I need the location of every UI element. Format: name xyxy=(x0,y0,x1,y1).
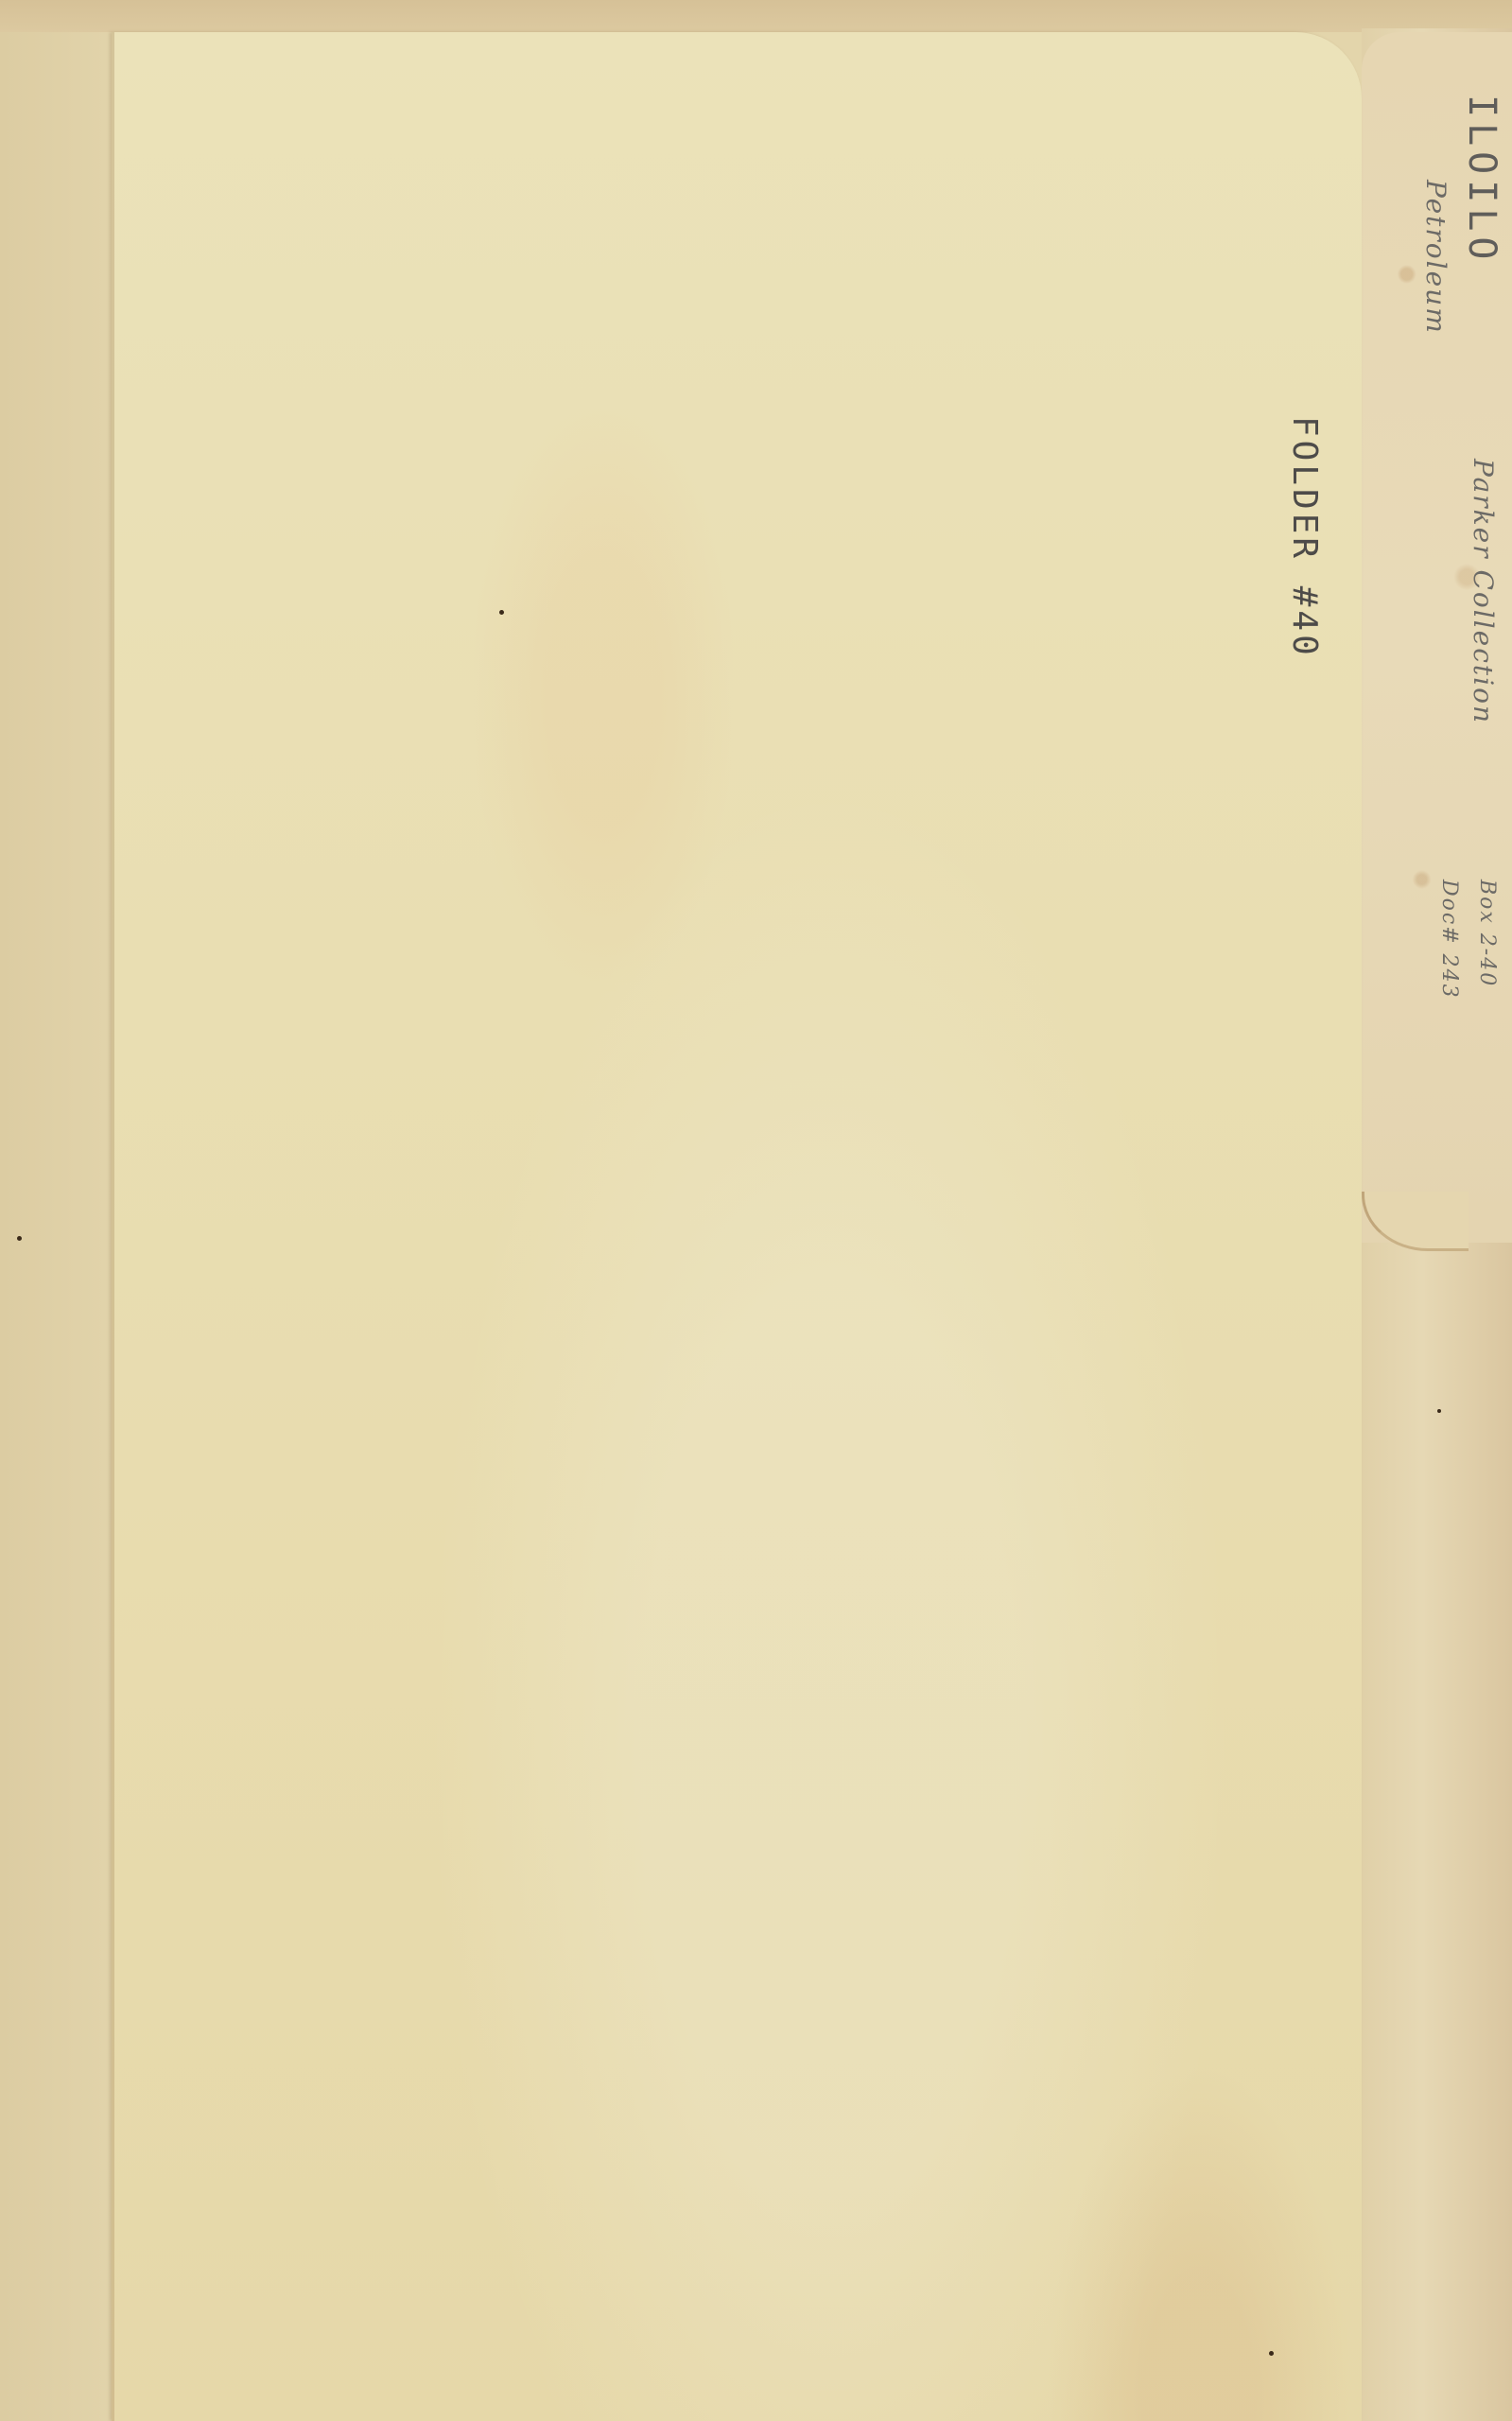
tab-doc-number: Doc# 243 xyxy=(1437,880,1461,1000)
speck xyxy=(17,1236,22,1241)
speck xyxy=(1437,1409,1441,1413)
tab-collection: Parker Collection xyxy=(1468,459,1499,724)
speck xyxy=(499,610,504,615)
folder-number-label: FOLDER #40 xyxy=(1285,416,1324,659)
tab-subtitle: Petroleum xyxy=(1420,180,1451,335)
speck xyxy=(1269,2351,1274,2356)
folder-left-edge xyxy=(112,32,114,2421)
folder-front-cover xyxy=(112,32,1362,2421)
tab-box-number: Box 2-40 xyxy=(1475,880,1499,987)
top-edge-band xyxy=(0,0,1512,32)
scanned-folder: FOLDER #40 ILOILO Petroleum Parker Colle… xyxy=(0,0,1512,2421)
tab-title: ILOILO xyxy=(1460,95,1503,266)
